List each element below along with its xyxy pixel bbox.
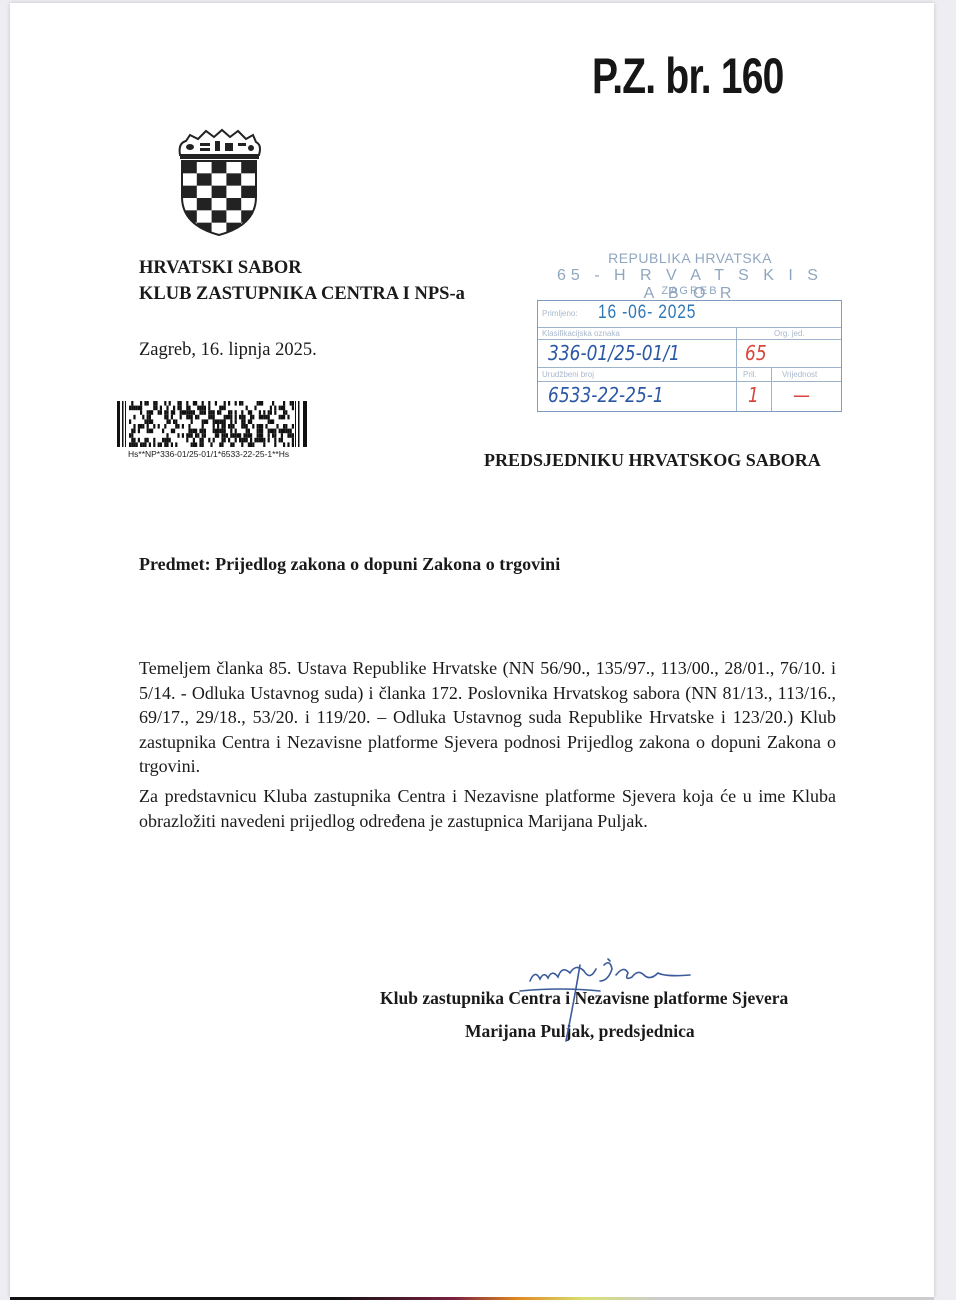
value-value: — [793,383,810,407]
value-label: Vrijednost [782,370,817,379]
classification-value: 336-01/25-01/1 [548,341,680,365]
sender-club: KLUB ZASTUPNIKA CENTRA I NPS-a [139,284,465,305]
document-page: P.Z. br. 160 HRVATSKI SABOR KLUB ZASTUPN… [10,3,934,1297]
handwritten-signature [500,951,730,1051]
attachments-value: 1 [748,383,759,407]
stamp-header-city: ZAGREB [545,285,835,297]
received-label: Primljeno: [542,309,578,318]
stamp-header-republic: REPUBLIKA HRVATSKA [545,250,835,266]
reference-number: P.Z. br. 160 [592,47,784,105]
place-date: Zagreb, 16. lipnja 2025. [139,340,317,361]
recipient: PREDSJEDNIKU HRVATSKOG SABORA [484,450,821,471]
registry-value: 6533-22-25-1 [548,383,664,407]
barcode [117,401,307,447]
classification-label: Klasifikacijska oznaka [542,329,620,338]
subject-line: Predmet: Prijedlog zakona o dopuni Zakon… [139,554,560,575]
org-unit-value: 65 [745,341,767,365]
registry-label: Urudžbeni broj [542,370,594,379]
receipt-stamp: Primljeno: 16 -06- 2025 Klasifikacijska … [537,300,842,412]
body-paragraph: Temeljem članka 85. Ustava Republike Hrv… [139,656,836,779]
croatian-coat-of-arms-icon [176,125,262,237]
attachments-label: Pril. [743,370,757,379]
body-paragraph: Za predstavnicu Kluba zastupnika Centra … [139,784,836,833]
received-date: 16 -06- 2025 [598,302,696,324]
org-unit-label: Org. jed. [774,329,805,338]
sender-name: HRVATSKI SABOR [139,258,302,279]
barcode-text: Hs**NP*336-01/25-01/1*6533-22-25-1**Hs [128,449,289,459]
